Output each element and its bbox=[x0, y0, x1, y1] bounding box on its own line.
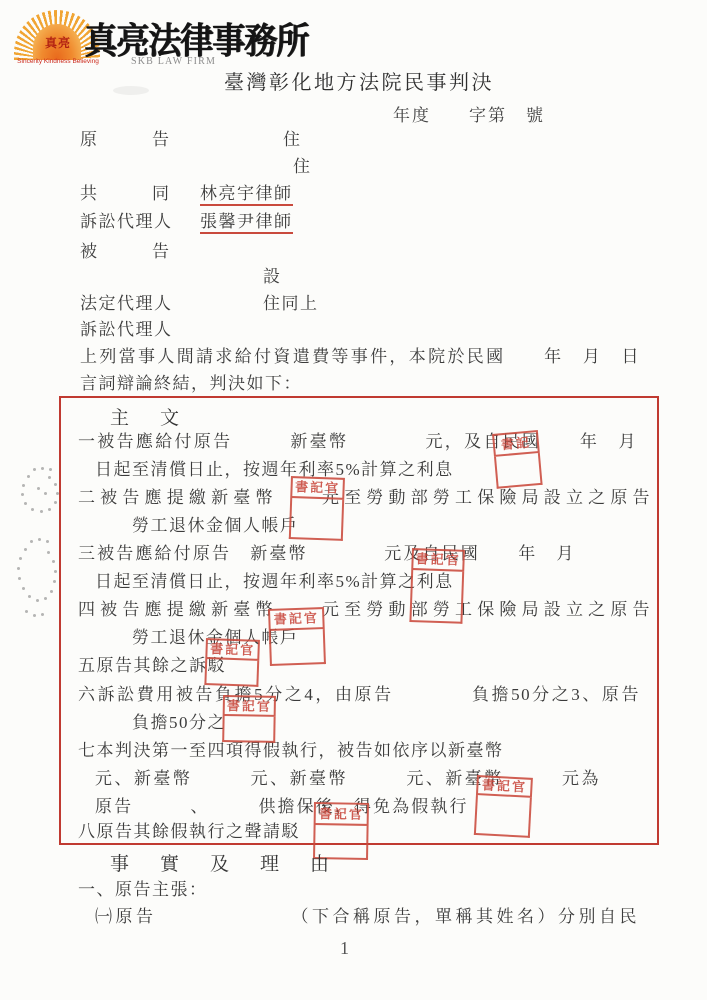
judgment-line: 二被告應提繳新臺幣 元至勞動部勞工保險局設立之原告 bbox=[78, 486, 651, 510]
doodle-dot bbox=[17, 567, 20, 570]
page-number: 1 bbox=[340, 938, 349, 959]
judgment-line: 日起至清償日止，按週年利率5%計算之利息 bbox=[95, 458, 454, 482]
doodle-dot bbox=[56, 492, 59, 495]
party-value: 張馨尹律師 bbox=[200, 210, 293, 234]
doodle-dot bbox=[49, 468, 52, 471]
judgment-line: 勞工退休金個人帳戶 bbox=[132, 514, 299, 538]
doodle-dot bbox=[41, 613, 44, 616]
doodle-dot bbox=[53, 580, 56, 583]
doodle-dot bbox=[47, 551, 50, 554]
judgment-line: 元、新臺幣 元、新臺幣 元、新臺幣 元為 bbox=[95, 767, 600, 791]
doodle-dot bbox=[31, 508, 34, 511]
doodle-dot bbox=[19, 557, 22, 560]
judgment-line: 三被告應給付原告 新臺幣 元及自民國 年 月 bbox=[78, 542, 575, 566]
doodle-dot bbox=[30, 540, 33, 543]
party-value: 設 bbox=[263, 265, 282, 289]
scanned-judgment-page: { "firm": { "logo_text": "真亮", "slogan":… bbox=[0, 0, 707, 1000]
main-text-heading: 主文 bbox=[110, 403, 210, 430]
case-number-line: 年度 字第 號 bbox=[393, 101, 545, 126]
doodle-dot bbox=[44, 597, 47, 600]
doodle-dot bbox=[24, 548, 27, 551]
lawyer-name-underlined: 張馨尹律師 bbox=[200, 212, 293, 234]
judgment-line: 一被告應給付原告 新臺幣 元，及自民國 年 月 bbox=[78, 430, 637, 454]
doodle-dot bbox=[41, 467, 44, 470]
facts-heading: 事實及理由 bbox=[110, 849, 360, 876]
doodle-dot bbox=[18, 577, 21, 580]
judgment-line: 七本判決第一至四項得假執行，被告如依序以新臺幣 bbox=[78, 739, 504, 763]
judgment-line: 八原告其餘假執行之聲請駁 bbox=[78, 820, 300, 844]
doodle-dot bbox=[36, 599, 39, 602]
facts-line: ㈠原告 （下合稱原告，單稱其姓名）分別自民 bbox=[95, 905, 638, 929]
doodle-dot bbox=[54, 501, 57, 504]
party-label: 被告 bbox=[80, 240, 224, 264]
doodle-dot bbox=[52, 560, 55, 563]
scan-smudge bbox=[113, 86, 149, 95]
judgment-line: 負擔50分之 bbox=[132, 711, 226, 735]
judgment-line: 日起至清償日止，按週年利率5%計算之利息 bbox=[95, 570, 454, 594]
doodle-dot bbox=[33, 468, 36, 471]
doodle-dot bbox=[27, 475, 30, 478]
doodle-dot bbox=[48, 476, 51, 479]
party-label: 法定代理人 bbox=[80, 292, 173, 316]
doodle-dot bbox=[44, 492, 47, 495]
judgment-line: 原告 、 供擔保後，得免為假執行 bbox=[95, 795, 468, 819]
doodle-dot bbox=[22, 587, 25, 590]
party-label: 原告 bbox=[80, 128, 224, 152]
doodle-dot bbox=[40, 510, 43, 513]
doodle-dot bbox=[21, 493, 24, 496]
party-value: 林亮宇律師 bbox=[200, 182, 293, 206]
party-value: 住同上 bbox=[263, 292, 319, 316]
doodle-dot bbox=[33, 614, 36, 617]
document-title: 臺灣彰化地方法院民事判決 bbox=[224, 66, 494, 95]
doodle-dot bbox=[24, 502, 27, 505]
preamble-line: 上列當事人間請求給付資遣費等事件，本院於民國 年 月 日 bbox=[80, 345, 640, 369]
doodle-dot bbox=[28, 595, 31, 598]
doodle-dot bbox=[54, 570, 57, 573]
doodle-dot bbox=[22, 484, 25, 487]
judgment-line: 勞工退休金個人帳戶 bbox=[132, 626, 299, 650]
lawyer-name-underlined: 林亮宇律師 bbox=[200, 184, 293, 206]
judgment-line: 五原告其餘之訴駁 bbox=[78, 654, 226, 678]
logo-characters: 真亮 bbox=[40, 34, 76, 51]
doodle-dot bbox=[50, 590, 53, 593]
doodle-dot bbox=[54, 483, 57, 486]
party-value: 住 bbox=[293, 155, 312, 179]
party-value: 住 bbox=[283, 128, 302, 152]
doodle-dot bbox=[37, 487, 40, 490]
party-label: 訴訟代理人 bbox=[80, 318, 173, 342]
preamble-line: 言詞辯論終結，判決如下： bbox=[80, 372, 302, 396]
doodle-dot bbox=[48, 508, 51, 511]
firm-name-english: SKB LAW FIRM bbox=[131, 56, 216, 67]
doodle-dot bbox=[46, 540, 49, 543]
judgment-line: 四被告應提繳新臺幣 元至勞動部勞工保險局設立之原告 bbox=[78, 598, 651, 622]
facts-line: 一、原告主張： bbox=[78, 878, 208, 902]
doodle-dot bbox=[38, 538, 41, 541]
judgment-line: 六訴訟費用被告負擔5分之4，由原告 負擔50分之3、原告 bbox=[78, 683, 640, 707]
doodle-dot bbox=[25, 610, 28, 613]
party-label: 訴訟代理人 bbox=[80, 210, 173, 234]
